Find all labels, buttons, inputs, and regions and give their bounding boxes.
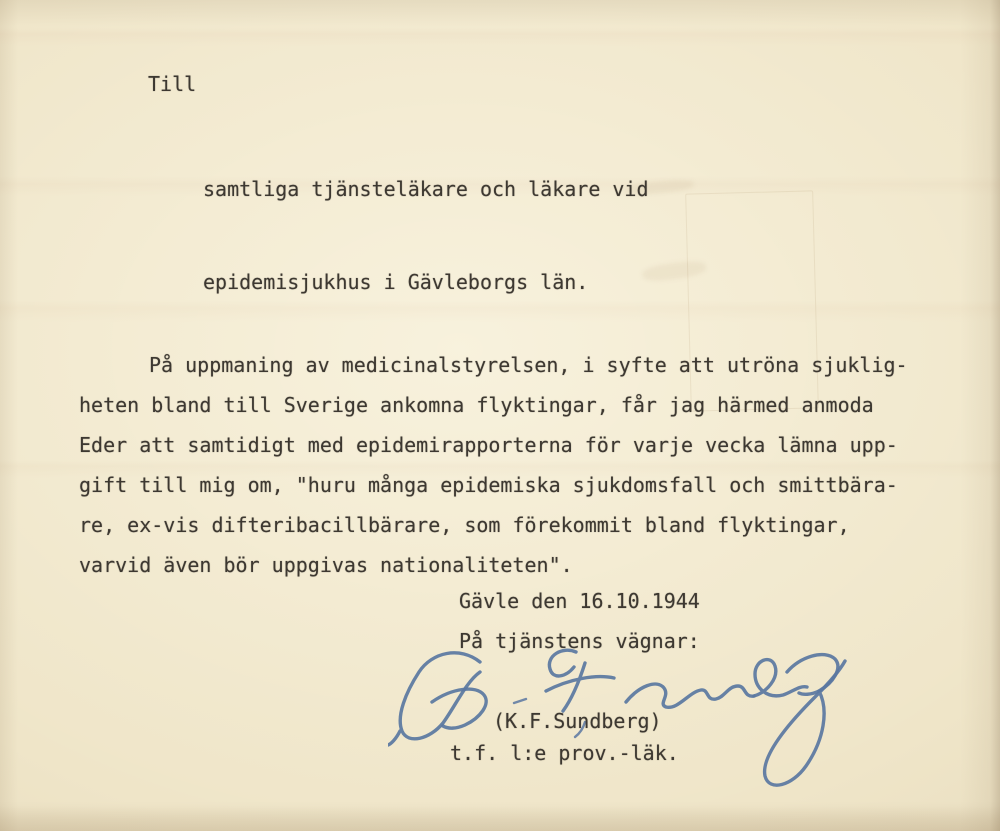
body-line: Eder att samtidigt med epidemirapportern…	[79, 425, 964, 465]
body-line: gift till mig om, "huru många epidemiska…	[79, 465, 964, 505]
scanned-letter-paper: Till samtliga tjänsteläkare och läkare v…	[0, 0, 1000, 831]
recipient-salutation: Till	[148, 72, 196, 96]
body-line: varvid även bör uppgivas nationaliteten"…	[79, 545, 964, 585]
body-line: På uppmaning av medicinalstyrelsen, i sy…	[79, 345, 964, 385]
signer-title: t.f. l:e prov.-läk.	[450, 741, 679, 765]
body-line: heten bland till Sverige ankomna flyktin…	[79, 385, 964, 425]
typed-name: (K.F.Sundberg)	[493, 709, 662, 733]
recipient-line: samtliga tjänsteläkare och läkare vid	[203, 174, 649, 205]
recipient-line: epidemisjukhus i Gävleborgs län.	[203, 267, 649, 298]
ink-bleed-smudge	[641, 259, 707, 283]
letter-body: På uppmaning av medicinalstyrelsen, i sy…	[79, 345, 964, 585]
body-line: re, ex-vis difteribacillbärare, som före…	[79, 505, 964, 545]
recipient-address: samtliga tjänsteläkare och läkare vid ep…	[203, 112, 649, 360]
dateline: Gävle den 16.10.1944	[459, 589, 700, 613]
